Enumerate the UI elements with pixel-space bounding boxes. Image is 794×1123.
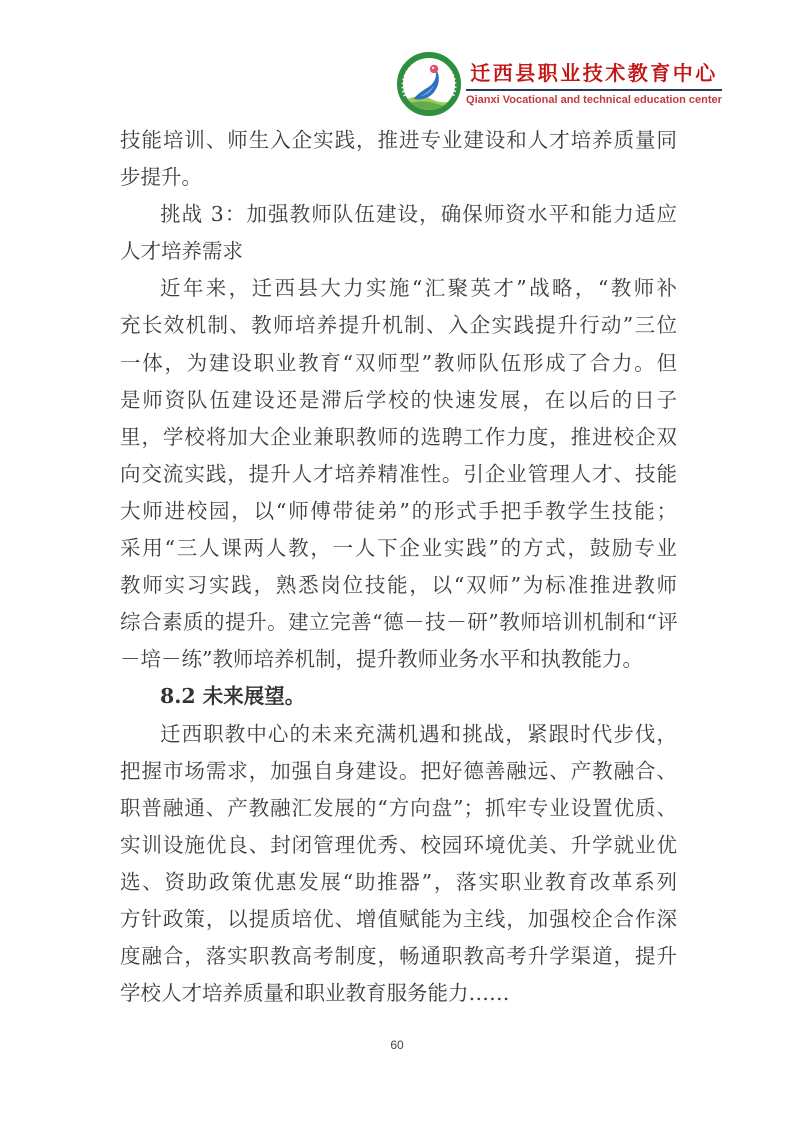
text-line: 近年来，迁西县大力实施“汇聚英才”战略，“教师补 [120,270,677,307]
page-header: 迁西县职业技术教育中心 Qianxi Vocational and techni… [0,0,794,120]
text-line: 综合素质的提升。建立完善“德－技－研”教师培训机制和“评 [120,604,677,641]
text-line: 迁西职教中心的未来充满机遇和挑战，紧跟时代步伐， [120,716,677,753]
logo-sun-highlight [432,67,434,69]
page-footer: 60 [0,1038,794,1052]
logo-sun [430,65,438,73]
section-heading: 8.2 未来展望。 [120,678,677,715]
text-line: 是师资队伍建设还是滞后学校的快速发展，在以后的日子 [120,382,677,419]
text-line: 选、资助政策优惠发展“助推器”，落实职业教育改革系列 [120,864,677,901]
header-divider [466,89,722,91]
text-line: 职普融通、产教融汇发展的“方向盘”；抓牢专业设置优质、 [120,790,677,827]
text-line: －培－练”教师培养机制，提升教师业务水平和执教能力。 [120,641,677,678]
school-name-chinese: 迁西县职业技术教育中心 [466,60,722,86]
text-line: 向交流实践，提升人才培养精准性。引企业管理人才、技能 [120,456,677,493]
text-line: 采用“三人课两人教，一人下企业实践”的方式，鼓励专业 [120,530,677,567]
document-body: 技能培训、师生入企实践，推进专业建设和人才培养质量同 步提升。 挑战 3：加强教… [120,122,677,1012]
text-line: 实训设施优良、封闭管理优秀、校园环境优美、升学就业优 [120,827,677,864]
school-logo-svg [397,52,461,116]
text-line: 挑战 3：加强教师队伍建设，确保师资水平和能力适应 [120,196,677,233]
page-number: 60 [390,1038,403,1052]
text-line: 把握市场需求，加强自身建设。把好德善融远、产教融合、 [120,753,677,790]
text-line: 步提升。 [120,159,677,196]
text-line: 度融合，落实职教高考制度，畅通职教高考升学渠道，提升 [120,938,677,975]
text-line: 教师实习实践，熟悉岗位技能，以“双师”为标准推进教师 [120,567,677,604]
text-line: 方针政策，以提质培优、增值赋能为主线，加强校企合作深 [120,901,677,938]
text-line: 技能培训、师生入企实践，推进专业建设和人才培养质量同 [120,122,677,159]
text-line: 里，学校将加大企业兼职教师的选聘工作力度，推进校企双 [120,419,677,456]
text-line: 人才培养需求 [120,233,677,270]
text-line: 大师进校园，以“师傅带徒弟”的形式手把手教学生技能； [120,493,677,530]
document-page: { "header": { "logo": { "name": "school-… [0,0,794,1123]
school-name-english: Qianxi Vocational and technical educatio… [466,94,722,107]
text-line: 学校人才培养质量和职业教育服务能力…… [120,975,677,1012]
school-logo-icon [397,52,461,116]
text-line: 充长效机制、教师培养提升机制、入企实践提升行动”三位 [120,307,677,344]
header-title-block: 迁西县职业技术教育中心 Qianxi Vocational and techni… [466,60,722,107]
text-line: 一体，为建设职业教育“双师型”教师队伍形成了合力。但 [120,345,677,382]
